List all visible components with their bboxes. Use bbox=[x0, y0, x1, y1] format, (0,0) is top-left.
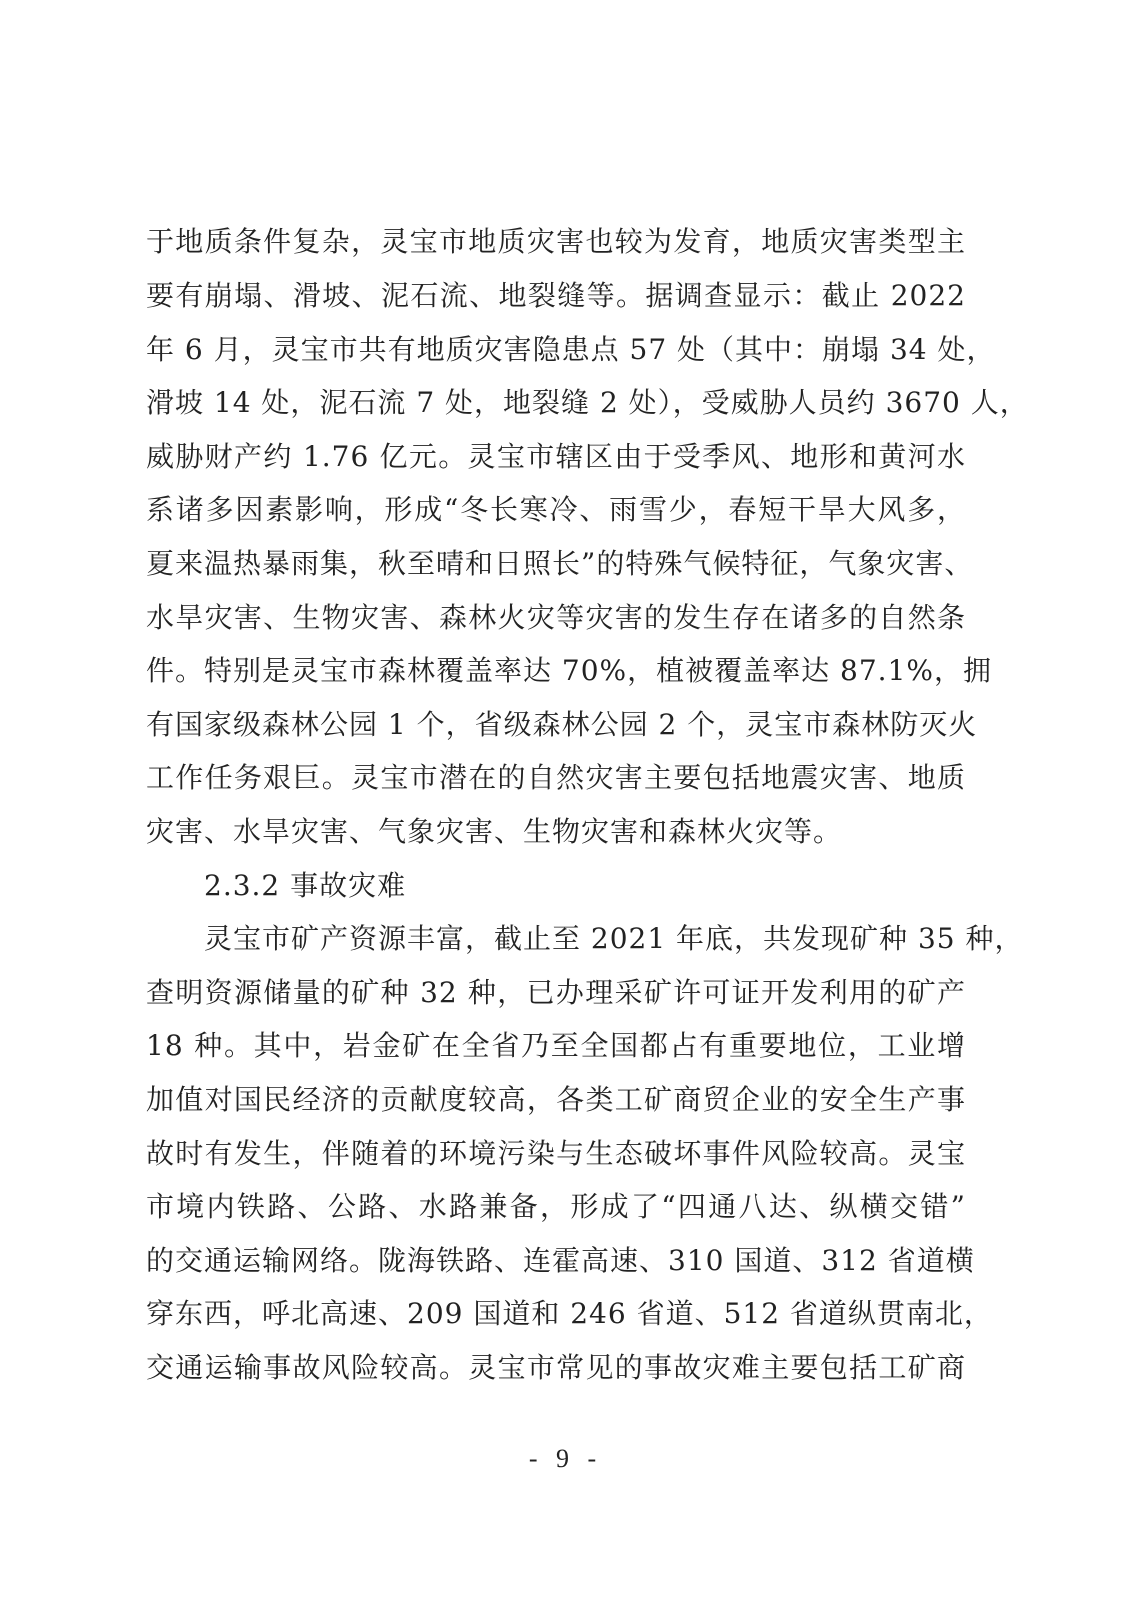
body-line: 水旱灾害、生物灾害、森林火灾等灾害的发生存在诸多的自然条 bbox=[146, 598, 966, 638]
body-line: 查明资源储量的矿种 32 种，已办理采矿许可证开发利用的矿产 bbox=[146, 973, 966, 1013]
body-line: 工作任务艰巨。灵宝市潜在的自然灾害主要包括地震灾害、地质 bbox=[146, 758, 966, 798]
body-line: 于地质条件复杂，灵宝市地质灾害也较为发育，地质灾害类型主 bbox=[146, 222, 966, 262]
body-line: 系诸多因素影响，形成“冬长寒冷、雨雪少，春短干旱大风多， bbox=[146, 490, 966, 530]
section-heading: 2.3.2 事故灾难 bbox=[204, 866, 966, 906]
body-line: 年 6 月，灵宝市共有地质灾害隐患点 57 处（其中：崩塌 34 处， bbox=[146, 330, 966, 370]
body-line: 要有崩塌、滑坡、泥石流、地裂缝等。据调查显示：截止 2022 bbox=[146, 276, 966, 316]
body-line: 加值对国民经济的贡献度较高，各类工矿商贸企业的安全生产事 bbox=[146, 1080, 966, 1120]
page-number: - 9 - bbox=[0, 1444, 1131, 1474]
body-line: 件。特别是灵宝市森林覆盖率达 70%，植被覆盖率达 87.1%，拥 bbox=[146, 651, 966, 691]
document-page: 于地质条件复杂，灵宝市地质灾害也较为发育，地质灾害类型主 要有崩塌、滑坡、泥石流… bbox=[0, 0, 1131, 1600]
body-line: 滑坡 14 处，泥石流 7 处，地裂缝 2 处），受威胁人员约 3670 人， bbox=[146, 383, 966, 423]
body-line: 市境内铁路、公路、水路兼备，形成了“四通八达、纵横交错” bbox=[146, 1187, 966, 1227]
body-line: 故时有发生，伴随着的环境污染与生态破坏事件风险较高。灵宝 bbox=[146, 1134, 966, 1174]
body-line: 的交通运输网络。陇海铁路、连霍高速、310 国道、312 省道横 bbox=[146, 1241, 966, 1281]
body-line: 威胁财产约 1.76 亿元。灵宝市辖区由于受季风、地形和黄河水 bbox=[146, 437, 966, 477]
body-line: 穿东西，呼北高速、209 国道和 246 省道、512 省道纵贯南北， bbox=[146, 1294, 966, 1334]
body-line: 18 种。其中，岩金矿在全省乃至全国都占有重要地位，工业增 bbox=[146, 1026, 966, 1066]
body-line: 灵宝市矿产资源丰富，截止至 2021 年底，共发现矿种 35 种， bbox=[204, 919, 966, 959]
body-line: 交通运输事故风险较高。灵宝市常见的事故灾难主要包括工矿商 bbox=[146, 1348, 966, 1388]
body-line: 夏来温热暴雨集，秋至晴和日照长”的特殊气候特征，气象灾害、 bbox=[146, 544, 966, 584]
body-line: 灾害、水旱灾害、气象灾害、生物灾害和森林火灾等。 bbox=[146, 812, 966, 852]
body-line: 有国家级森林公园 1 个，省级森林公园 2 个，灵宝市森林防灭火 bbox=[146, 705, 966, 745]
